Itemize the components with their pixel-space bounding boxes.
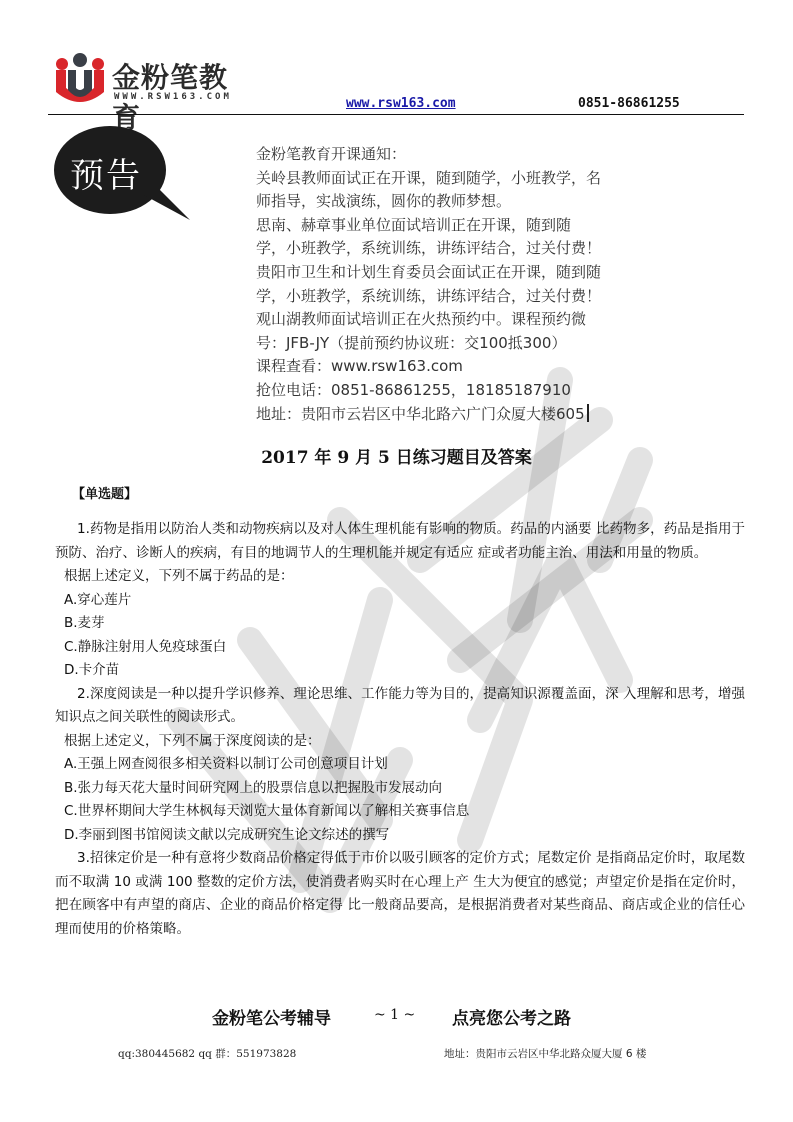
notice-line: 课程查看：www.rsw163.com — [256, 355, 676, 379]
notice-line: 学，小班教学，系统训练，讲练评结合，过关付费！ — [256, 285, 676, 309]
notice-line: 关岭县教师面试正在开课，随到随学，小班教学，名 — [256, 167, 676, 191]
document-page: 金粉笔教育 WWW.RSW163.COM www.rsw163.com 0851… — [0, 0, 793, 1122]
question-3-stem: 3.招徕定价是一种有意将少数商品价格定得低于市价以吸引顾客的定价方式；尾数定价 … — [55, 847, 745, 941]
question-1-option-c: C.静脉注射用人免疫球蛋白 — [55, 636, 745, 660]
header-phone: 0851-86861255 — [578, 96, 680, 111]
question-2-option-b: B.张力每天花大量时间研究网上的股票信息以把握股市发展动向 — [55, 777, 745, 801]
notice-line: 思南、赫章事业单位面试培训正在开课，随到随 — [256, 214, 676, 238]
notice-line: 学，小班教学，系统训练，讲练评结合，过关付费！ — [256, 237, 676, 261]
footer-right-slogan: 点亮您公考之路 — [452, 1004, 571, 1029]
page-number: ~ 1 ~ — [374, 1007, 415, 1023]
question-1-option-a: A.穿心莲片 — [55, 589, 745, 613]
section-label: 【单选题】 — [72, 483, 137, 502]
footer-qq: qq:380445682 qq 群：551973828 — [118, 1046, 296, 1061]
course-notice: 金粉笔教育开课通知： 关岭县教师面试正在开课，随到随学，小班教学，名 师指导，实… — [256, 143, 676, 426]
document-title: 2017 年 9 月 5 日练习题目及答案 — [0, 443, 793, 468]
notice-badge: 预告 — [70, 148, 142, 197]
notice-line: 贵阳市卫生和计划生育委员会面试正在开课，随到随 — [256, 261, 676, 285]
notice-line: 师指导，实战演练，圆你的教师梦想。 — [256, 190, 676, 214]
question-2-option-a: A.王强上网查阅很多相关资料以制订公司创意项目计划 — [55, 753, 745, 777]
brand-url: WWW.RSW163.COM — [114, 92, 232, 102]
notice-line: 地址：贵阳市云岩区中华北路六广门众厦大楼605 — [256, 405, 585, 423]
footer-address: 地址：贵阳市云岩区中华北路众厦大厦 6 楼 — [444, 1046, 646, 1061]
question-1-prompt: 根据上述定义，下列不属于药品的是： — [55, 565, 745, 589]
notice-line: 号：JFB-JY（提前预约协议班：交100抵300） — [256, 332, 676, 356]
brand-logo: 金粉笔教育 WWW.RSW163.COM — [52, 52, 252, 108]
question-1-option-b: B.麦芽 — [55, 612, 745, 636]
question-2-stem: 2.深度阅读是一种以提升学识修养、理论思维、工作能力等为目的，提高知识源覆盖面，… — [55, 683, 745, 730]
notice-line: 观山湖教师面试培训正在火热预约中。课程预约微 — [256, 308, 676, 332]
question-2-prompt: 根据上述定义，下列不属于深度阅读的是： — [55, 730, 745, 754]
text-cursor — [587, 404, 589, 422]
notice-line: 金粉笔教育开课通知： — [256, 143, 676, 167]
question-list: 1.药物是指用以防治人类和动物疾病以及对人体生理机能有影响的物质。药品的内涵要 … — [55, 518, 745, 941]
brand-logo-icon — [52, 52, 108, 108]
notice-address-line: 地址：贵阳市云岩区中华北路六广门众厦大楼605 — [256, 403, 676, 427]
question-1-stem: 1.药物是指用以防治人类和动物疾病以及对人体生理机能有影响的物质。药品的内涵要 … — [55, 518, 745, 565]
question-2-option-c: C.世界杯期间大学生林枫每天浏览大量体育新闻以了解相关赛事信息 — [55, 800, 745, 824]
footer-left-slogan: 金粉笔公考辅导 — [212, 1004, 331, 1029]
header-divider — [48, 114, 744, 115]
notice-line: 抢位电话：0851-86861255，18185187910 — [256, 379, 676, 403]
question-1-option-d: D.卡介苗 — [55, 659, 745, 683]
question-2-option-d: D.李丽到图书馆阅读文献以完成研究生论文综述的撰写 — [55, 824, 745, 848]
website-link[interactable]: www.rsw163.com — [346, 96, 456, 111]
